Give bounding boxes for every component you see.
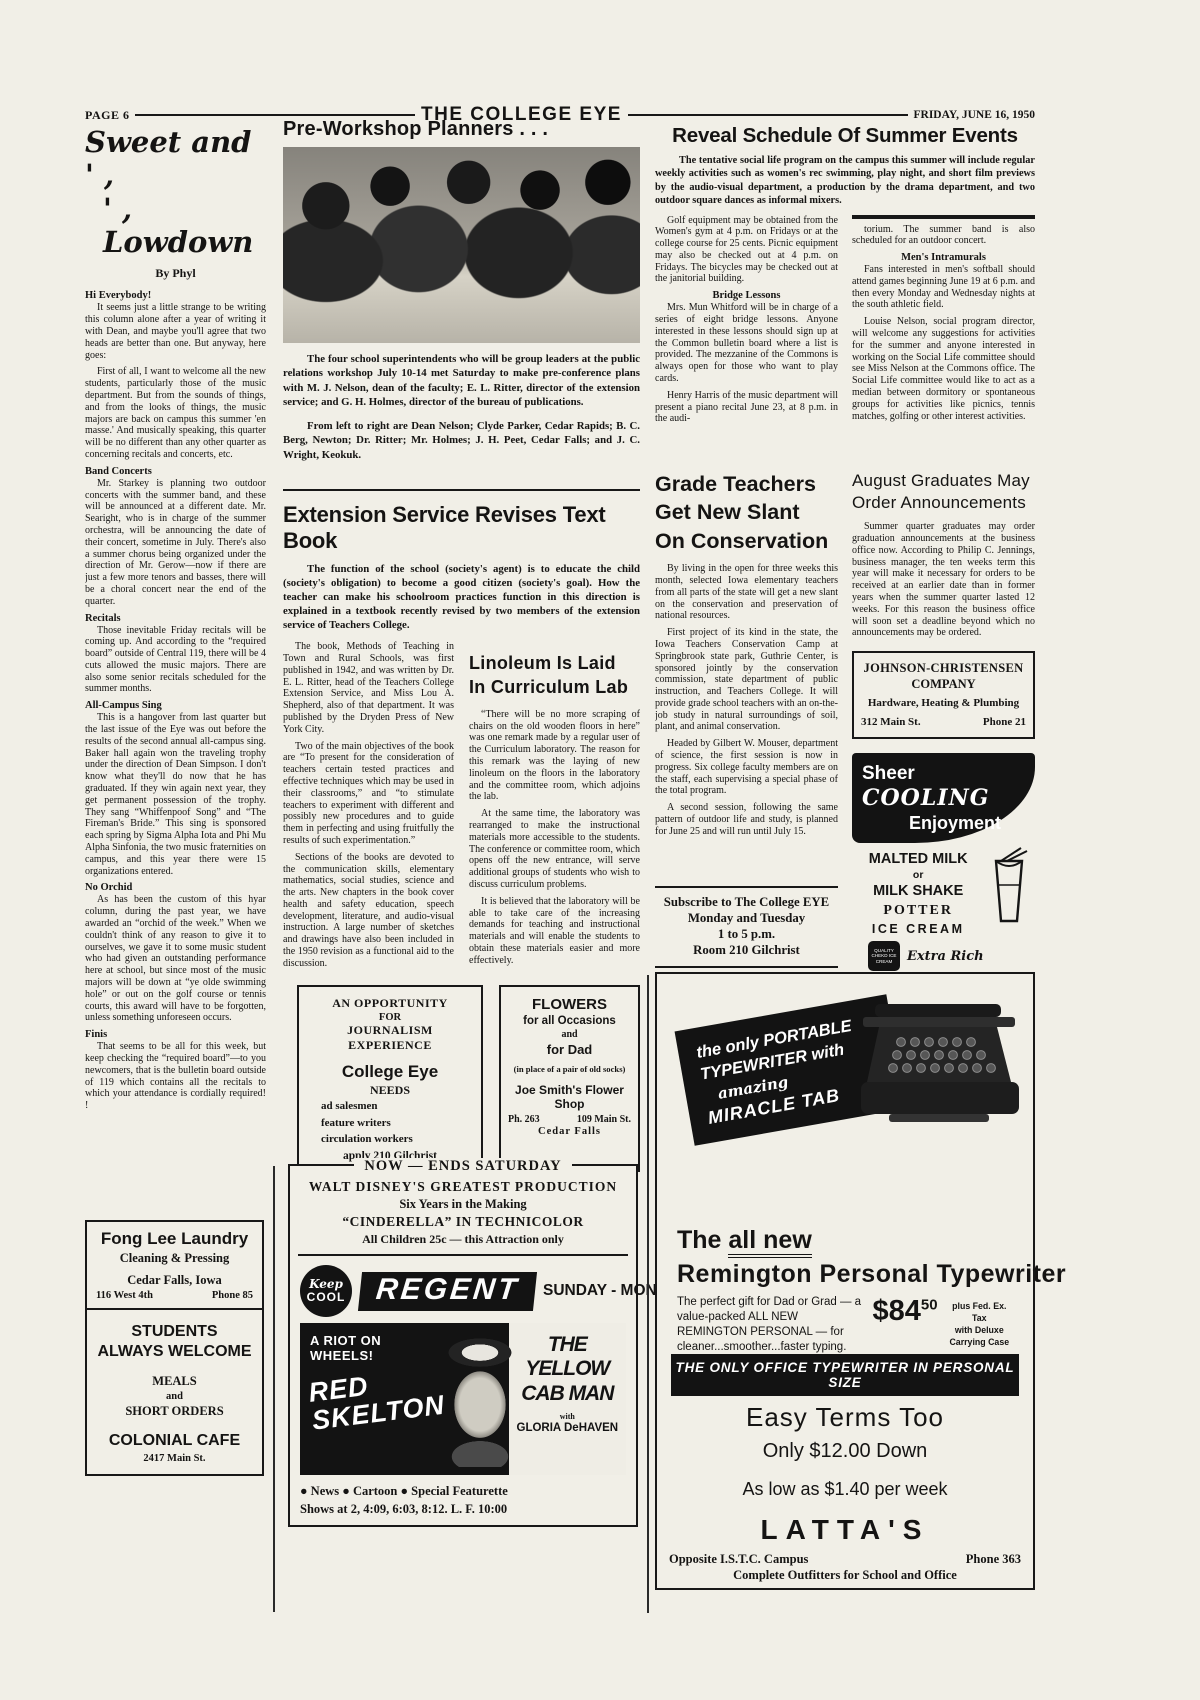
- issue-date: FRIDAY, JUNE 16, 1950: [914, 109, 1036, 121]
- keep-cool-roundel-icon: Keep COOL: [300, 1265, 352, 1317]
- ad-joke-line: (in place of a pair of old socks): [505, 1064, 634, 1074]
- cooling-text: COOLING: [862, 785, 990, 811]
- paragraph: That seems to be all for this week, but …: [85, 1041, 266, 1112]
- ad-banner: Sheer COOLING Enjoyment: [852, 753, 1035, 843]
- ad-business-name: Fong Lee Laundry: [91, 1229, 258, 1249]
- paragraph: “There will be no more scraping of chair…: [469, 709, 640, 803]
- ad-body: MALTED MILK or MILK SHAKE POTTER ICE CRE…: [852, 843, 1035, 971]
- features-line: ● News ● Cartoon ● Special Featurette: [300, 1484, 626, 1499]
- subscribe-line: Subscribe to The College EYE: [655, 895, 838, 910]
- the-text: The: [677, 1226, 721, 1254]
- headline-line1: Linoleum Is Laid: [469, 651, 640, 675]
- section-head: All-Campus Sing: [85, 700, 266, 711]
- ad-address: 312 Main St.: [861, 716, 921, 728]
- article-lead: The tentative social life program on the…: [655, 154, 1035, 208]
- ad-fong-lee-laundry: Fong Lee Laundry Cleaning & Pressing Ced…: [85, 1220, 264, 1311]
- quality-chekd-badge-icon: QUALITY CHEKD ICE CREAM: [868, 941, 900, 971]
- subscribe-line: Monday and Tuesday: [655, 911, 838, 926]
- ad-meals: MEALS: [91, 1374, 258, 1389]
- with-text: with: [513, 1412, 622, 1421]
- caption-paragraph: From left to right are Dean Nelson; Clyd…: [283, 419, 640, 462]
- all-new-headline: The all new: [677, 1226, 1013, 1255]
- divider-rule: [283, 489, 640, 491]
- ad-list-item: circulation workers: [307, 1131, 473, 1148]
- section-head: Men's Intramurals: [852, 252, 1035, 263]
- article-headline: Grade Teachers Get New Slant On Conserva…: [655, 470, 838, 555]
- headline-line1: August Graduates May: [852, 470, 1035, 492]
- store-phone: Phone 363: [966, 1552, 1021, 1567]
- paragraph: Summer quarter graduates may order gradu…: [852, 521, 1035, 639]
- enjoyment-text: Enjoyment: [862, 813, 1001, 834]
- ad-headline-line1: STUDENTS: [91, 1322, 258, 1342]
- article-grade-teachers: Grade Teachers Get New Slant On Conserva…: [655, 470, 838, 878]
- ad-regent-theater: NOW — ENDS SATURDAY WALT DISNEY'S GREATE…: [288, 1164, 638, 1527]
- article-columns: Golf equipment may be obtained from the …: [655, 215, 1035, 431]
- paragraph: Mrs. Mun Whitford will be in charge of a…: [655, 302, 838, 385]
- extra-rich-text: Extra Rich: [907, 949, 984, 964]
- banner-line1: Sheer COOLING: [862, 763, 1027, 811]
- subscribe-line: 1 to 5 p.m.: [655, 927, 838, 942]
- poster-left: A RIOT ON WHEELS! RED SKELTON: [300, 1323, 443, 1475]
- paragraph: Henry Harris of the music department wil…: [655, 390, 838, 425]
- price-note-line: with Deluxe: [946, 1325, 1013, 1337]
- ad-line: JOURNALISM: [307, 1023, 473, 1038]
- paragraph: Louise Nelson, social program director, …: [852, 316, 1035, 422]
- ad-college-eye-journalism: AN OPPORTUNITY FOR JOURNALISM EXPERIENCE…: [297, 985, 483, 1172]
- article-subcolumn-left: The book, Methods of Teaching in Town an…: [283, 641, 454, 975]
- easy-terms-line: Easy Terms Too: [657, 1402, 1033, 1433]
- price-note-line: plus Fed. Ex. Tax: [946, 1301, 1013, 1325]
- sheer-text: Sheer: [862, 763, 915, 784]
- section-head: Recitals: [85, 613, 266, 624]
- ad-line: FLOWERS: [505, 996, 634, 1013]
- headline-line2: Order Announcements: [852, 492, 1035, 514]
- ad-business-name: Joe Smith's Flower Shop: [505, 1083, 634, 1111]
- ad-line: for all Occasions: [505, 1015, 634, 1027]
- paragraph: torium. The summer band is also schedule…: [852, 224, 1035, 248]
- theater-line: WALT DISNEY'S GREATEST PRODUCTION: [300, 1179, 626, 1195]
- ad-line: EXPERIENCE: [307, 1038, 473, 1053]
- article-headline: Reveal Schedule Of Summer Events: [655, 124, 1035, 148]
- malted-milk-text: MALTED MILK: [858, 851, 978, 867]
- ad-headline: STUDENTS ALWAYS WELCOME: [91, 1322, 258, 1362]
- typewriter-illustration: [849, 996, 1027, 1146]
- ad-line: AN OPPORTUNITY: [307, 996, 473, 1011]
- ad-business-name-line2: COMPANY: [859, 677, 1028, 692]
- article-linoleum: Linoleum Is Laid In Curriculum Lab “Ther…: [469, 641, 640, 975]
- ad-johnson-christensen: JOHNSON-CHRISTENSEN COMPANY Hardware, He…: [852, 651, 1035, 739]
- store-contact-row: Opposite I.S.T.C. Campus Phone 363: [669, 1552, 1021, 1567]
- ad-and: and: [505, 1029, 634, 1040]
- section-head: Finis: [85, 1029, 266, 1040]
- banner-text: NOW — ENDS SATURDAY: [354, 1158, 571, 1174]
- ad-city: Cedar Falls: [505, 1126, 634, 1137]
- cool-text: COOL: [300, 1290, 352, 1304]
- paragraph: It is believed that the laboratory will …: [469, 896, 640, 967]
- regent-logo-row: Keep COOL REGENT SUNDAY - MONDAY: [300, 1265, 626, 1317]
- ad-service-line: Cleaning & Pressing: [91, 1251, 258, 1266]
- article-preworkshop-planners: Pre-Workshop Planners . . . The four sch…: [283, 118, 640, 462]
- article-subcolumn-left: Golf equipment may be obtained from the …: [655, 215, 838, 431]
- ad-address: 109 Main St.: [577, 1114, 631, 1125]
- or-text: or: [858, 869, 978, 881]
- ad-text-block: The all new Remington Personal Typewrite…: [677, 1226, 1013, 1370]
- paragraph: By living in the open for three weeks th…: [655, 563, 838, 622]
- article-august-graduates: August Graduates May Order Announcements…: [852, 470, 1035, 972]
- paragraph: It seems just a little strange to be wri…: [85, 302, 266, 361]
- price-note-line: Carrying Case: [946, 1337, 1013, 1349]
- movie-poster: A RIOT ON WHEELS! RED SKELTON THE YELLOW…: [300, 1323, 626, 1475]
- paragraph: Those inevitable Friday recitals will be…: [85, 625, 266, 696]
- film-title-line2: CAB MAN: [513, 1382, 622, 1406]
- paragraph: At the same time, the laboratory was rea…: [469, 808, 640, 891]
- price: $8450: [872, 1295, 937, 1327]
- newspaper-page: PAGE 6 THE COLLEGE EYE FRIDAY, JUNE 16, …: [0, 0, 1200, 1700]
- ad-phone: Phone 85: [212, 1290, 253, 1301]
- store-name: LATTA'S: [657, 1514, 1033, 1546]
- ad-remington-lattas: the only PORTABLE TYPEWRITER with amazin…: [655, 972, 1035, 1590]
- actor-face-illustration: [434, 1337, 526, 1467]
- ad-contact-row: 116 West 4th Phone 85: [91, 1288, 258, 1301]
- subscribe-line: Room 210 Gilchrist: [655, 943, 838, 958]
- film-title-line1: THE YELLOW: [513, 1333, 622, 1381]
- ad-business-name: COLONIAL CAFE: [91, 1432, 258, 1450]
- theater-banner: NOW — ENDS SATURDAY: [300, 1157, 626, 1175]
- column-title-line1: Sweet and ' ,: [85, 126, 266, 193]
- page-number: PAGE 6: [85, 108, 129, 123]
- theater-line: “CINDERELLA” IN TECHNICOLOR: [300, 1214, 626, 1230]
- headline-line1: Grade Teachers: [655, 470, 838, 498]
- poster-right: THE YELLOW CAB MAN with GLORIA DeHAVEN: [509, 1323, 626, 1475]
- star-name: RED SKELTON: [307, 1363, 442, 1435]
- article-lead: The function of the school (society's ag…: [283, 562, 640, 632]
- ad-address: 2417 Main St.: [91, 1453, 258, 1464]
- costar-name: GLORIA DeHAVEN: [513, 1422, 622, 1434]
- ad-service-line: Hardware, Heating & Plumbing: [859, 697, 1028, 709]
- ad-list-item: ad salesmen: [307, 1098, 473, 1115]
- headline-line3: On Conservation: [655, 527, 838, 555]
- ad-potter-ice-cream: Sheer COOLING Enjoyment MALTED MILK: [852, 753, 1035, 971]
- ad-address: 116 West 4th: [96, 1290, 153, 1301]
- slogan-bar: THE ONLY OFFICE TYPEWRITER IN PERSONAL S…: [671, 1354, 1019, 1396]
- keep-text: Keep: [300, 1278, 352, 1290]
- theater-name: REGENT: [358, 1272, 537, 1311]
- center-ad-row: AN OPPORTUNITY FOR JOURNALISM EXPERIENCE…: [297, 985, 640, 1172]
- product-name: ICE CREAM: [858, 922, 978, 936]
- paragraph: Fans interested in men's softball should…: [852, 264, 1035, 311]
- ad-needs: NEEDS: [307, 1083, 473, 1098]
- down-payment-line: Only $12.00 Down: [657, 1440, 1033, 1463]
- photo-caption: The four school superintendents who will…: [283, 352, 640, 462]
- milk-shake-text: MILK SHAKE: [858, 883, 978, 899]
- ad-line: FOR: [307, 1012, 473, 1023]
- ad-joe-smiths-flowers: FLOWERS for all Occasions and for Dad (i…: [499, 985, 640, 1172]
- ad-contact-row: Ph. 263 109 Main St.: [505, 1111, 634, 1125]
- store-address: Opposite I.S.T.C. Campus: [669, 1552, 808, 1567]
- poster-tagline: A RIOT ON WHEELS!: [310, 1333, 439, 1363]
- product-name: Remington Personal Typewriter: [677, 1260, 1013, 1289]
- paragraph: Sections of the books are devoted to the…: [283, 852, 454, 970]
- ad-short-orders: SHORT ORDERS: [91, 1404, 258, 1419]
- paragraph: As has been the custom of this hyar colu…: [85, 894, 266, 1024]
- quality-badge-row: QUALITY CHEKD ICE CREAM Extra Rich: [868, 941, 1035, 971]
- ad-and: and: [91, 1391, 258, 1402]
- divider-rule: [298, 1254, 628, 1256]
- article-extension-service: Extension Service Revises Text Book The …: [283, 489, 640, 981]
- photo-headline: Pre-Workshop Planners . . .: [283, 118, 640, 141]
- ad-headline-line2: ALWAYS WELCOME: [91, 1342, 258, 1362]
- headline-line2: In Curriculum Lab: [469, 675, 640, 699]
- showtimes-line: Shows at 2, 4:09, 6:03, 8:12. L. F. 10:0…: [300, 1502, 626, 1517]
- theater-line: Six Years in the Making: [300, 1197, 626, 1212]
- ad-product-lines: MALTED MILK or MILK SHAKE POTTER ICE CRE…: [858, 851, 978, 936]
- article-subcolumn-right: torium. The summer band is also schedule…: [852, 215, 1035, 431]
- theater-line: All Children 25c — this Attraction only: [300, 1232, 626, 1247]
- paragraph: Golf equipment may be obtained from the …: [655, 215, 838, 286]
- ad-city: Cedar Falls, Iowa: [91, 1273, 258, 1288]
- ad-colonial-cafe: STUDENTS ALWAYS WELCOME MEALS and SHORT …: [85, 1308, 264, 1476]
- ad-paper-name: College Eye: [307, 1062, 473, 1082]
- column-rule: [647, 975, 649, 1613]
- column-title: Sweet and ' , ' , Lowdown: [85, 126, 266, 259]
- ad-line: for Dad: [505, 1042, 634, 1057]
- price-dollars: $84: [872, 1295, 920, 1327]
- article-summer-events: Reveal Schedule Of Summer Events The ten…: [655, 124, 1035, 470]
- ad-business-name-line1: JOHNSON-CHRISTENSEN: [859, 661, 1028, 676]
- paragraph: First project of its kind in the state, …: [655, 627, 838, 733]
- article-columns: The book, Methods of Teaching in Town an…: [283, 641, 640, 975]
- store-tagline: Complete Outfitters for School and Offic…: [657, 1568, 1033, 1583]
- header-rule-left: [135, 114, 415, 116]
- ad-phone: Phone 21: [983, 716, 1026, 728]
- byline: By Phyl: [85, 266, 266, 281]
- headline-line2: Get New Slant: [655, 498, 838, 526]
- paragraph: Mr. Starkey is planning two outdoor conc…: [85, 478, 266, 608]
- brand-name: POTTER: [858, 903, 978, 919]
- price-cents: 50: [921, 1296, 938, 1313]
- paragraph: A second session, following the same pat…: [655, 802, 838, 837]
- paragraph: First of all, I want to welcome all the …: [85, 366, 266, 460]
- section-head: No Orchid: [85, 882, 266, 893]
- section-head: Band Concerts: [85, 466, 266, 477]
- caption-paragraph: The four school superintendents who will…: [283, 352, 640, 410]
- header-rule-right: [628, 114, 908, 116]
- weekly-payment-line: As low as $1.40 per week: [657, 1479, 1033, 1500]
- article-headline: Extension Service Revises Text Book: [283, 502, 640, 554]
- ad-phone: Ph. 263: [508, 1114, 540, 1125]
- malt-glass-icon: [987, 845, 1031, 927]
- column-rule: [273, 1166, 275, 1612]
- section-head: Bridge Lessons: [655, 290, 838, 301]
- article-headline: August Graduates May Order Announcements: [852, 470, 1035, 514]
- column-title-line2: ' , Lowdown: [103, 193, 266, 260]
- paragraph: Two of the main objectives of the book a…: [283, 741, 454, 847]
- paragraph: Headed by Gilbert W. Mouser, department …: [655, 738, 838, 797]
- column-sweet-and-lowdown: Sweet and ' , ' , Lowdown By Phyl Hi Eve…: [85, 126, 266, 1212]
- subscribe-notice: Subscribe to The College EYE Monday and …: [655, 886, 838, 968]
- section-head: Hi Everybody!: [85, 290, 266, 301]
- ad-contact-row: 312 Main St. Phone 21: [859, 716, 1028, 728]
- news-photo: [283, 147, 640, 343]
- all-new-text: all new: [728, 1226, 811, 1258]
- article-headline: Linoleum Is Laid In Curriculum Lab: [469, 651, 640, 700]
- ad-list-item: feature writers: [307, 1115, 473, 1132]
- paragraph: The book, Methods of Teaching in Town an…: [283, 641, 454, 735]
- paragraph: This is a hangover from last quarter but…: [85, 712, 266, 877]
